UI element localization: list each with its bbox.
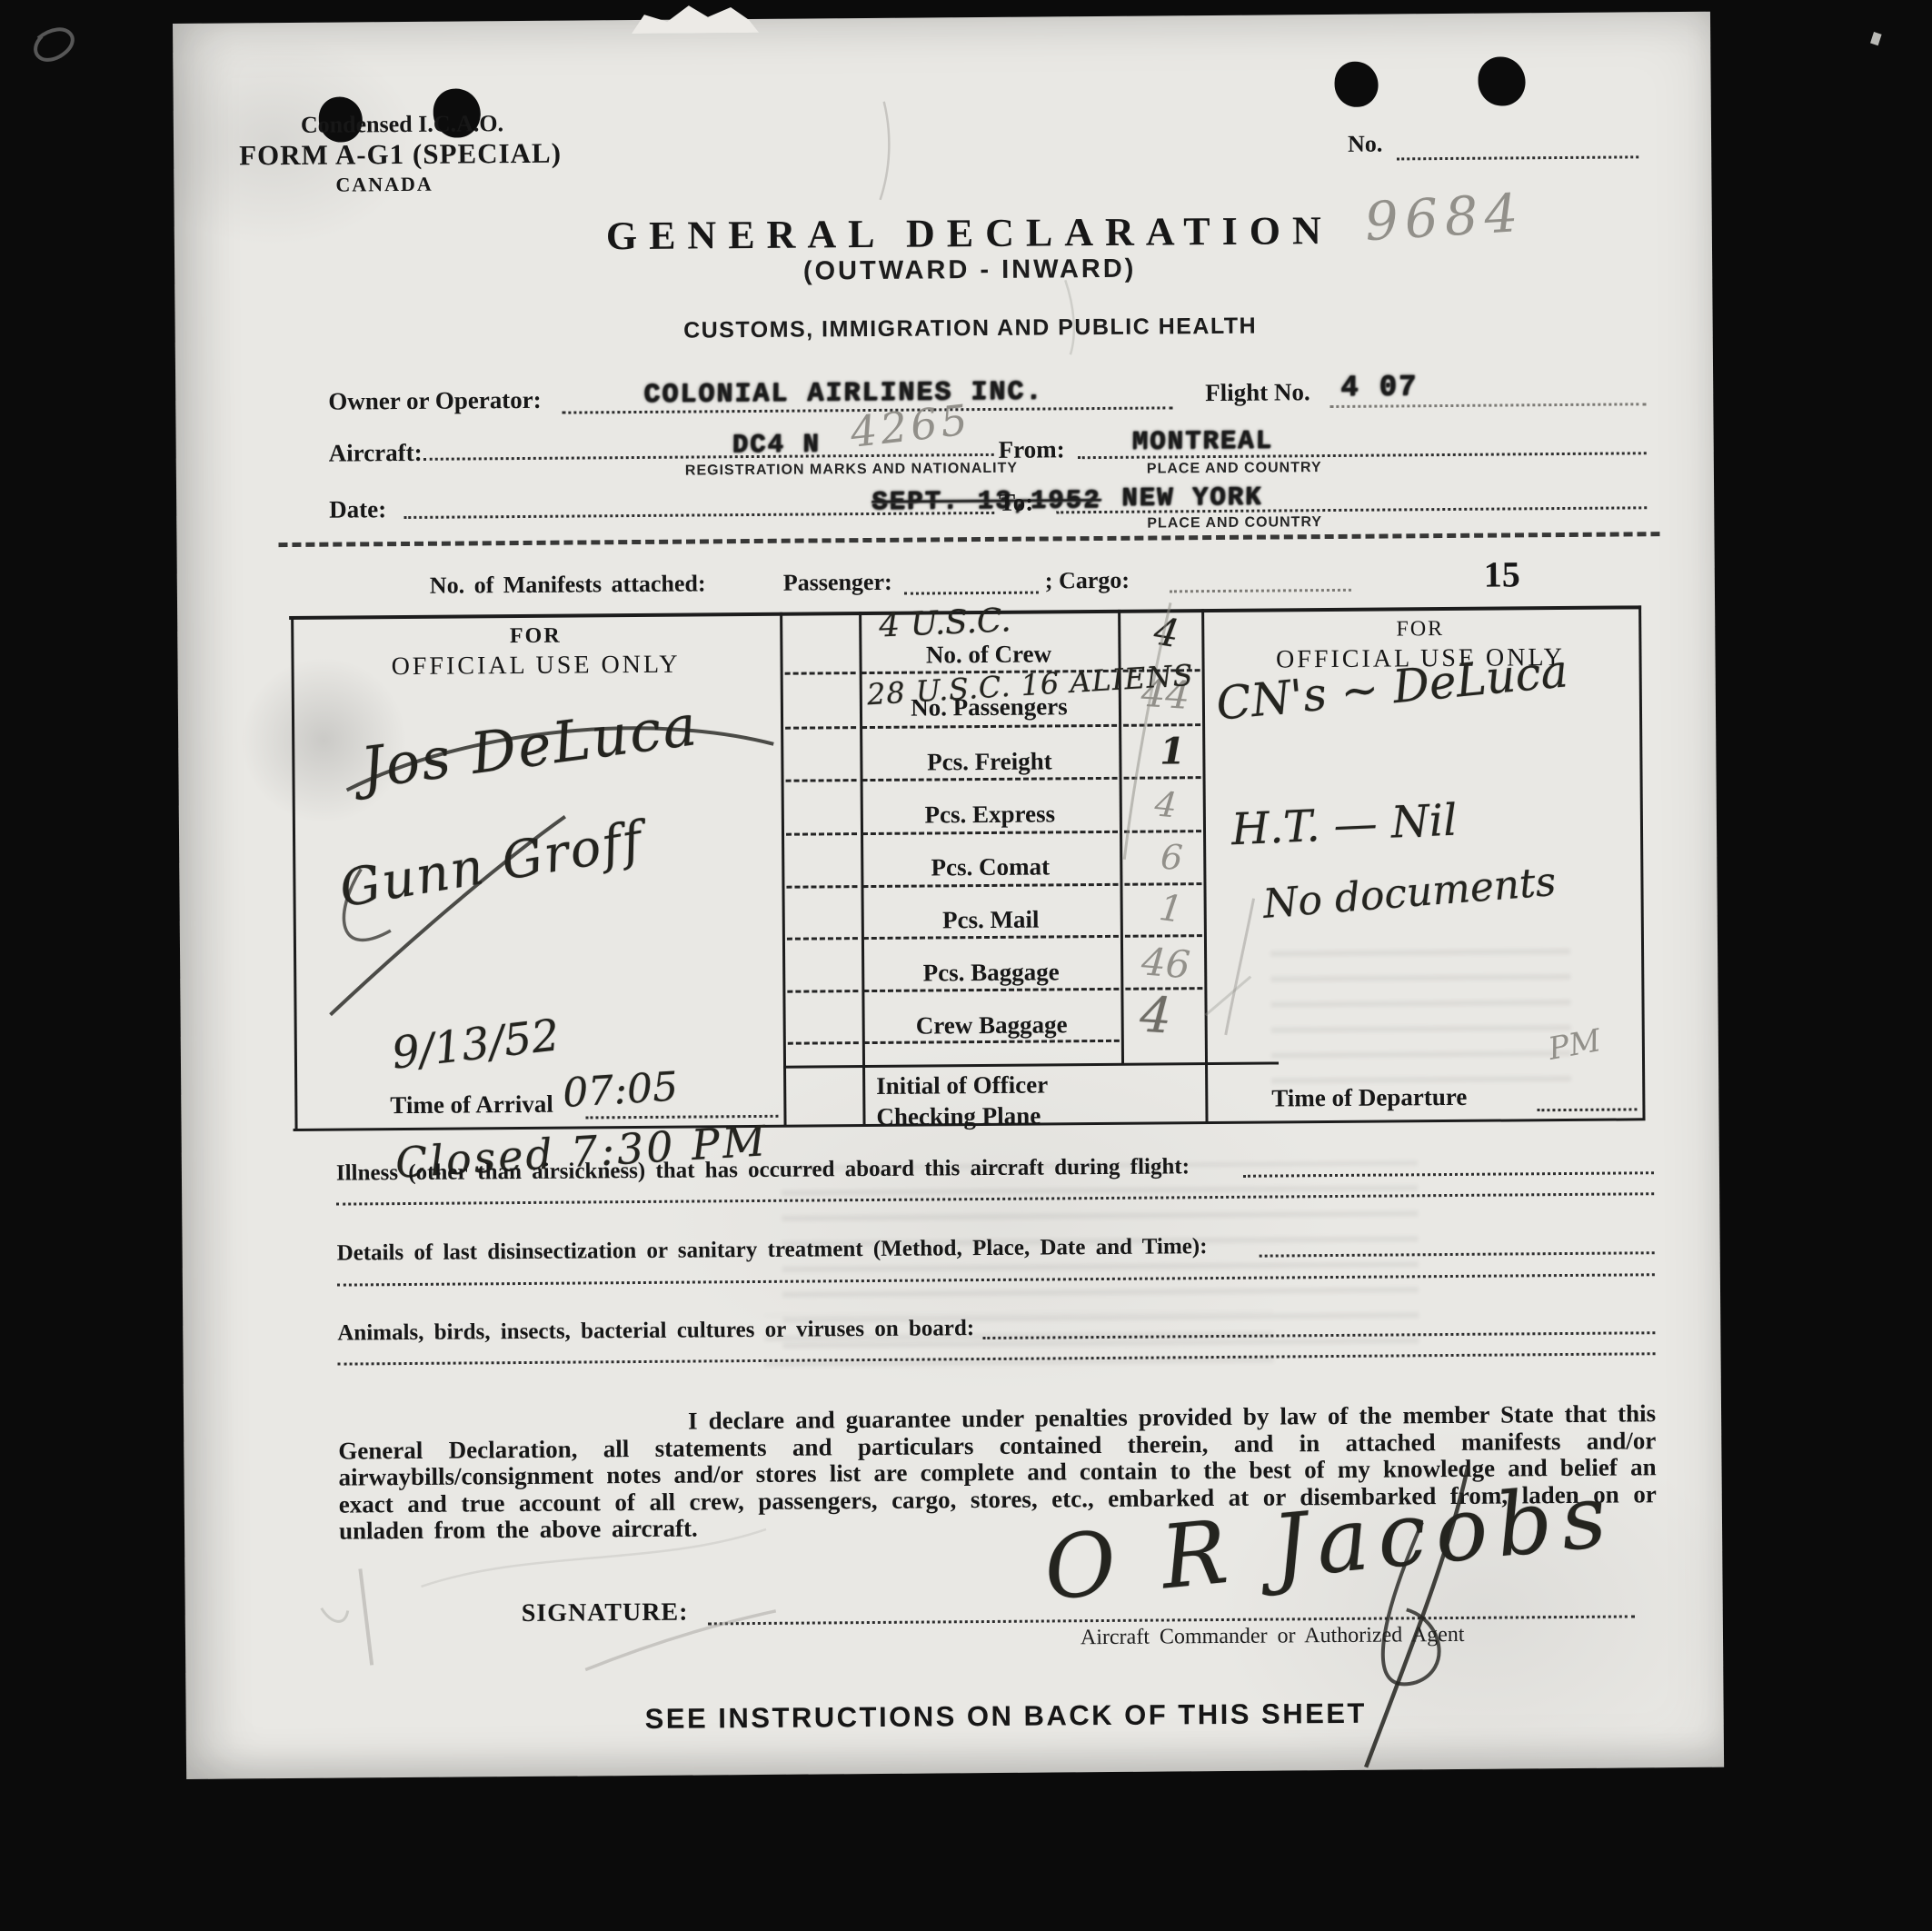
torn-edge bbox=[632, 4, 759, 34]
aircraft-label: Aircraft: bbox=[329, 439, 423, 468]
table-divider bbox=[780, 612, 786, 1127]
to-value: NEW YORK bbox=[1121, 483, 1263, 513]
signature-line bbox=[708, 1615, 1635, 1625]
table-divider bbox=[1201, 609, 1208, 1123]
row-label-express: Pcs. Express bbox=[861, 800, 1120, 830]
time-of-departure-label: Time of Departure bbox=[1271, 1083, 1467, 1113]
row-divider bbox=[862, 831, 1118, 835]
row-divider bbox=[787, 937, 858, 941]
cargo-line bbox=[1170, 589, 1351, 593]
table-border-left bbox=[291, 616, 297, 1130]
aircraft-value: DC4 N bbox=[732, 429, 821, 460]
to-label: To: bbox=[999, 489, 1033, 517]
row-divider bbox=[1124, 776, 1201, 780]
value-crew-baggage: 4 bbox=[1139, 986, 1173, 1045]
value-express: 4 bbox=[1153, 783, 1179, 825]
right-box-handwritten-2: H.T. — Nil bbox=[1230, 795, 1459, 856]
row-divider bbox=[862, 883, 1118, 888]
value-baggage: 46 bbox=[1140, 939, 1191, 987]
row-divider bbox=[786, 832, 857, 836]
number-line bbox=[1397, 155, 1638, 160]
to-place-sublabel: PLACE AND COUNTRY bbox=[1147, 514, 1322, 533]
row-divider bbox=[861, 724, 1117, 729]
passenger-label: Passenger: bbox=[783, 569, 892, 597]
officer-signature-2: Gunn Groff bbox=[335, 811, 647, 920]
page-subtitle: (OUTWARD - INWARD) bbox=[493, 252, 1447, 289]
time-of-departure-line bbox=[1537, 1108, 1637, 1111]
left-box-header-1: FOR bbox=[291, 622, 780, 651]
officer-label-line2: Checking Plane bbox=[876, 1102, 1041, 1131]
row-divider bbox=[1125, 934, 1202, 938]
bleed-through bbox=[1270, 940, 1571, 1092]
date-label: Date: bbox=[329, 495, 386, 523]
row-divider bbox=[863, 988, 1119, 992]
flight-no-value: 4 07 bbox=[1340, 370, 1418, 404]
section-rule bbox=[278, 532, 1659, 547]
punch-hole bbox=[1334, 62, 1378, 107]
value-mail: 1 bbox=[1157, 887, 1185, 931]
form-country: CANADA bbox=[335, 173, 433, 197]
arrival-date-handwritten: 9/13/52 bbox=[389, 1010, 562, 1079]
crew-annotation-handwritten: 4 U.S.C. bbox=[878, 602, 1011, 644]
from-value: MONTREAL bbox=[1131, 426, 1273, 457]
officer-signature-1: Jos DeLuca bbox=[357, 692, 702, 801]
value-crew: 4 bbox=[1150, 609, 1181, 657]
form-paper: Condensed I.C.A.O. FORM A-G1 (SPECIAL) C… bbox=[173, 12, 1724, 1779]
row-divider bbox=[787, 990, 858, 993]
manifests-label: No. of Manifests attached: bbox=[430, 570, 706, 599]
row-divider bbox=[785, 672, 856, 675]
flight-no-label: Flight No. bbox=[1205, 378, 1310, 407]
row-label-mail: Pcs. Mail bbox=[861, 905, 1120, 935]
row-divider bbox=[786, 885, 857, 889]
from-place-sublabel: PLACE AND COUNTRY bbox=[1147, 460, 1322, 478]
footer-instruction: SEE INSTRUCTIONS ON BACK OF THIS SHEET bbox=[645, 1697, 1368, 1736]
section-heading: CUSTOMS, IMMIGRATION AND PUBLIC HEALTH bbox=[493, 312, 1448, 345]
time-of-arrival-handwritten: 07:05 bbox=[562, 1063, 680, 1117]
owner-operator-value: COLONIAL AIRLINES INC. bbox=[643, 376, 1043, 410]
punch-hole bbox=[1478, 56, 1525, 105]
row-divider bbox=[1124, 882, 1201, 886]
manifests-number: 15 bbox=[1484, 552, 1520, 595]
value-comat: 6 bbox=[1160, 837, 1184, 878]
passenger-line bbox=[904, 592, 1039, 595]
form-condensed-line: Condensed I.C.A.O. bbox=[301, 110, 503, 139]
from-label: From: bbox=[999, 435, 1065, 464]
row-divider bbox=[786, 779, 857, 782]
value-freight: 1 bbox=[1160, 730, 1185, 772]
row-divider bbox=[1123, 723, 1200, 727]
row-divider bbox=[785, 726, 856, 730]
row-label-crew-baggage: Crew Baggage bbox=[862, 1010, 1121, 1040]
time-of-arrival-label: Time of Arrival bbox=[390, 1090, 553, 1120]
row-label-comat: Pcs. Comat bbox=[861, 852, 1120, 882]
registration-sublabel: REGISTRATION MARKS AND NATIONALITY bbox=[685, 461, 1018, 480]
row-label-freight: Pcs. Freight bbox=[860, 747, 1119, 777]
animals-question: Animals, birds, insects, bacterial cultu… bbox=[337, 1316, 974, 1347]
row-label-baggage: Pcs. Baggage bbox=[861, 958, 1120, 988]
row-divider bbox=[862, 777, 1118, 781]
aircraft-line bbox=[423, 453, 994, 461]
left-box-header-2: OFFICIAL USE ONLY bbox=[291, 650, 780, 682]
row-divider bbox=[1124, 830, 1201, 833]
number-label: No. bbox=[1348, 131, 1383, 158]
signature-sublabel: Aircraft Commander or Authorized Agent bbox=[1081, 1623, 1465, 1650]
officer-label-line1: Initial of Officer bbox=[876, 1070, 1048, 1100]
right-box-handwritten-3: No documents bbox=[1261, 859, 1558, 928]
signature-label: SIGNATURE: bbox=[522, 1598, 689, 1628]
scanned-document: Condensed I.C.A.O. FORM A-G1 (SPECIAL) C… bbox=[0, 0, 1932, 1931]
owner-operator-label: Owner or Operator: bbox=[328, 386, 542, 416]
row-divider bbox=[863, 935, 1119, 940]
form-id: FORM A-G1 (SPECIAL) bbox=[239, 137, 562, 173]
cargo-label: ; Cargo: bbox=[1045, 567, 1130, 595]
right-box-header-1: FOR bbox=[1201, 615, 1638, 643]
table-border-right bbox=[1638, 605, 1645, 1120]
row-divider bbox=[788, 1041, 859, 1045]
